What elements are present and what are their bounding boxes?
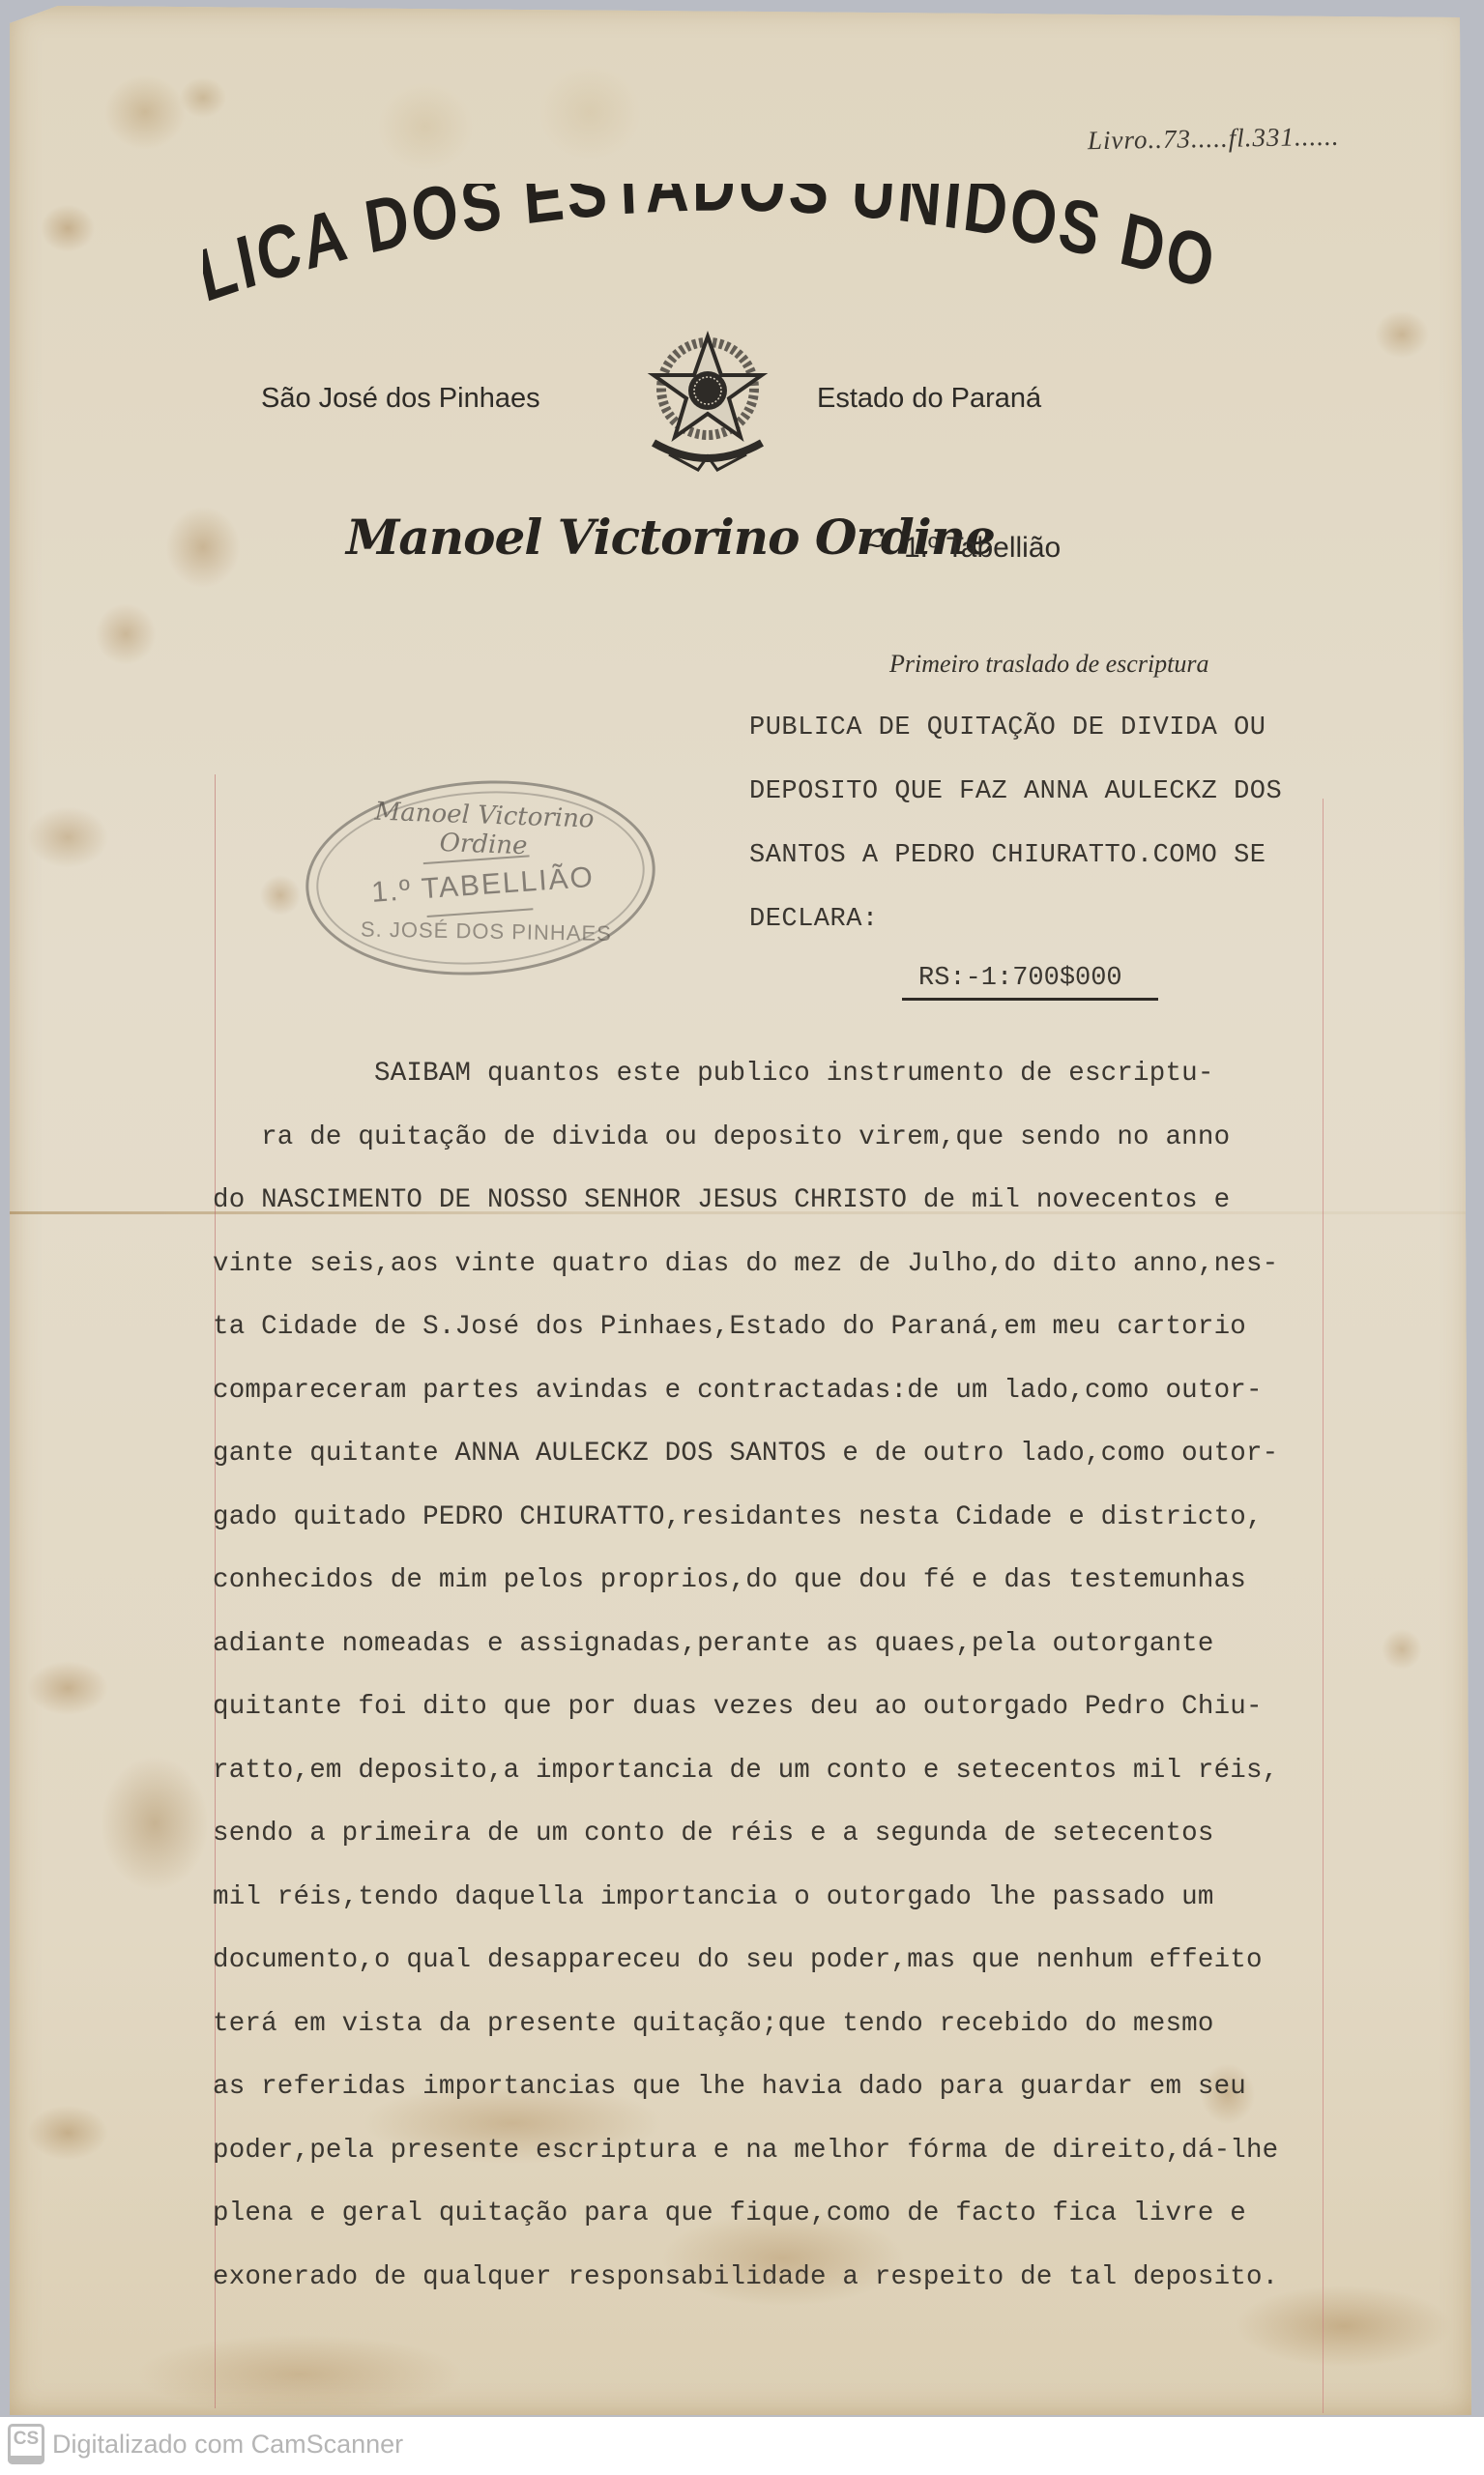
body-line: quitante foi dito que por duas vezes deu…	[213, 1690, 1353, 1754]
deed-caption: Primeiro traslado de escriptura	[889, 650, 1209, 679]
coat-of-arms-icon	[640, 329, 775, 474]
stamp-bottom-text: S. JOSÉ DOS PINHAES	[351, 917, 622, 946]
deed-body: SAIBAM quantos este publico instrumento …	[213, 1057, 1353, 2323]
city-name: São José dos Pinhaes	[261, 383, 540, 415]
camscanner-logo-icon: CS	[8, 2424, 44, 2464]
body-line: terá em vista da presente quitação;que t…	[213, 2007, 1353, 2071]
book-page-reference: Livro..73.....fl.331......	[1088, 122, 1340, 157]
body-line: exonerado de qualquer responsabilidade a…	[213, 2260, 1353, 2324]
body-line: as referidas importancias que lhe havia …	[213, 2070, 1353, 2134]
body-line: conhecidos de mim pelos proprios,do que …	[213, 1563, 1353, 1627]
letterhead-title: REPUBLICA DOS ESTADOS UNIDOS DO BRASIL	[203, 184, 1247, 309]
deed-title-line: DECLARA:	[749, 902, 1329, 966]
watermark-text: Digitalizado com CamScanner	[52, 2430, 403, 2460]
stamp-top-text: Manoel Victorino Ordine	[343, 797, 626, 864]
deed-title-line: PUBLICA DE QUITAÇÃO DE DIVIDA OU	[749, 711, 1329, 774]
notary-separator: ~	[865, 530, 883, 563]
body-line: gado quitado PEDRO CHIURATTO,residantes …	[213, 1500, 1353, 1564]
body-line: ta Cidade de S.José dos Pinhaes,Estado d…	[213, 1310, 1353, 1374]
body-line: adiante nomeadas e assignadas,perante as…	[213, 1627, 1353, 1691]
svg-text:REPUBLICA DOS ESTADOS UNIDOS D: REPUBLICA DOS ESTADOS UNIDOS DO BRASIL	[203, 184, 1243, 309]
deed-title: PUBLICA DE QUITAÇÃO DE DIVIDA OU DEPOSIT…	[749, 711, 1329, 966]
body-line: documento,o qual desappareceu do seu pod…	[213, 1943, 1353, 2007]
notary-name: Manoel Victorino Ordine	[346, 509, 995, 566]
body-line: compareceram partes avindas e contractad…	[213, 1374, 1353, 1438]
notary-role: 1.º Tabellião	[904, 532, 1061, 565]
body-line: poder,pela presente escriptura e na melh…	[213, 2134, 1353, 2198]
scanner-watermark: CS Digitalizado com CamScanner	[8, 2425, 403, 2463]
deed-title-line: DEPOSITO QUE FAZ ANNA AULECKZ DOS	[749, 774, 1329, 838]
body-line: vinte seis,aos vinte quatro dias do mez …	[213, 1247, 1353, 1311]
body-line: ratto,em deposito,a importancia de um co…	[213, 1754, 1353, 1818]
body-line: gante quitante ANNA AULECKZ DOS SANTOS e…	[213, 1437, 1353, 1500]
body-line: SAIBAM quantos este publico instrumento …	[213, 1057, 1353, 1121]
deed-amount: RS:-1:700$000	[918, 964, 1126, 997]
amount-underline	[902, 998, 1158, 1001]
state-name: Estado do Paraná	[817, 383, 1041, 415]
body-line: sendo a primeira de um conto de réis e a…	[213, 1817, 1353, 1880]
body-line: mil réis,tendo daquella importancia o ou…	[213, 1880, 1353, 1944]
body-line: do NASCIMENTO DE NOSSO SENHOR JESUS CHRI…	[213, 1183, 1353, 1247]
deed-title-line: SANTOS A PEDRO CHIURATTO.COMO SE	[749, 838, 1329, 902]
body-line: ra de quitação de divida ou deposito vir…	[213, 1121, 1353, 1184]
body-line: plena e geral quitação para que fique,co…	[213, 2197, 1353, 2260]
